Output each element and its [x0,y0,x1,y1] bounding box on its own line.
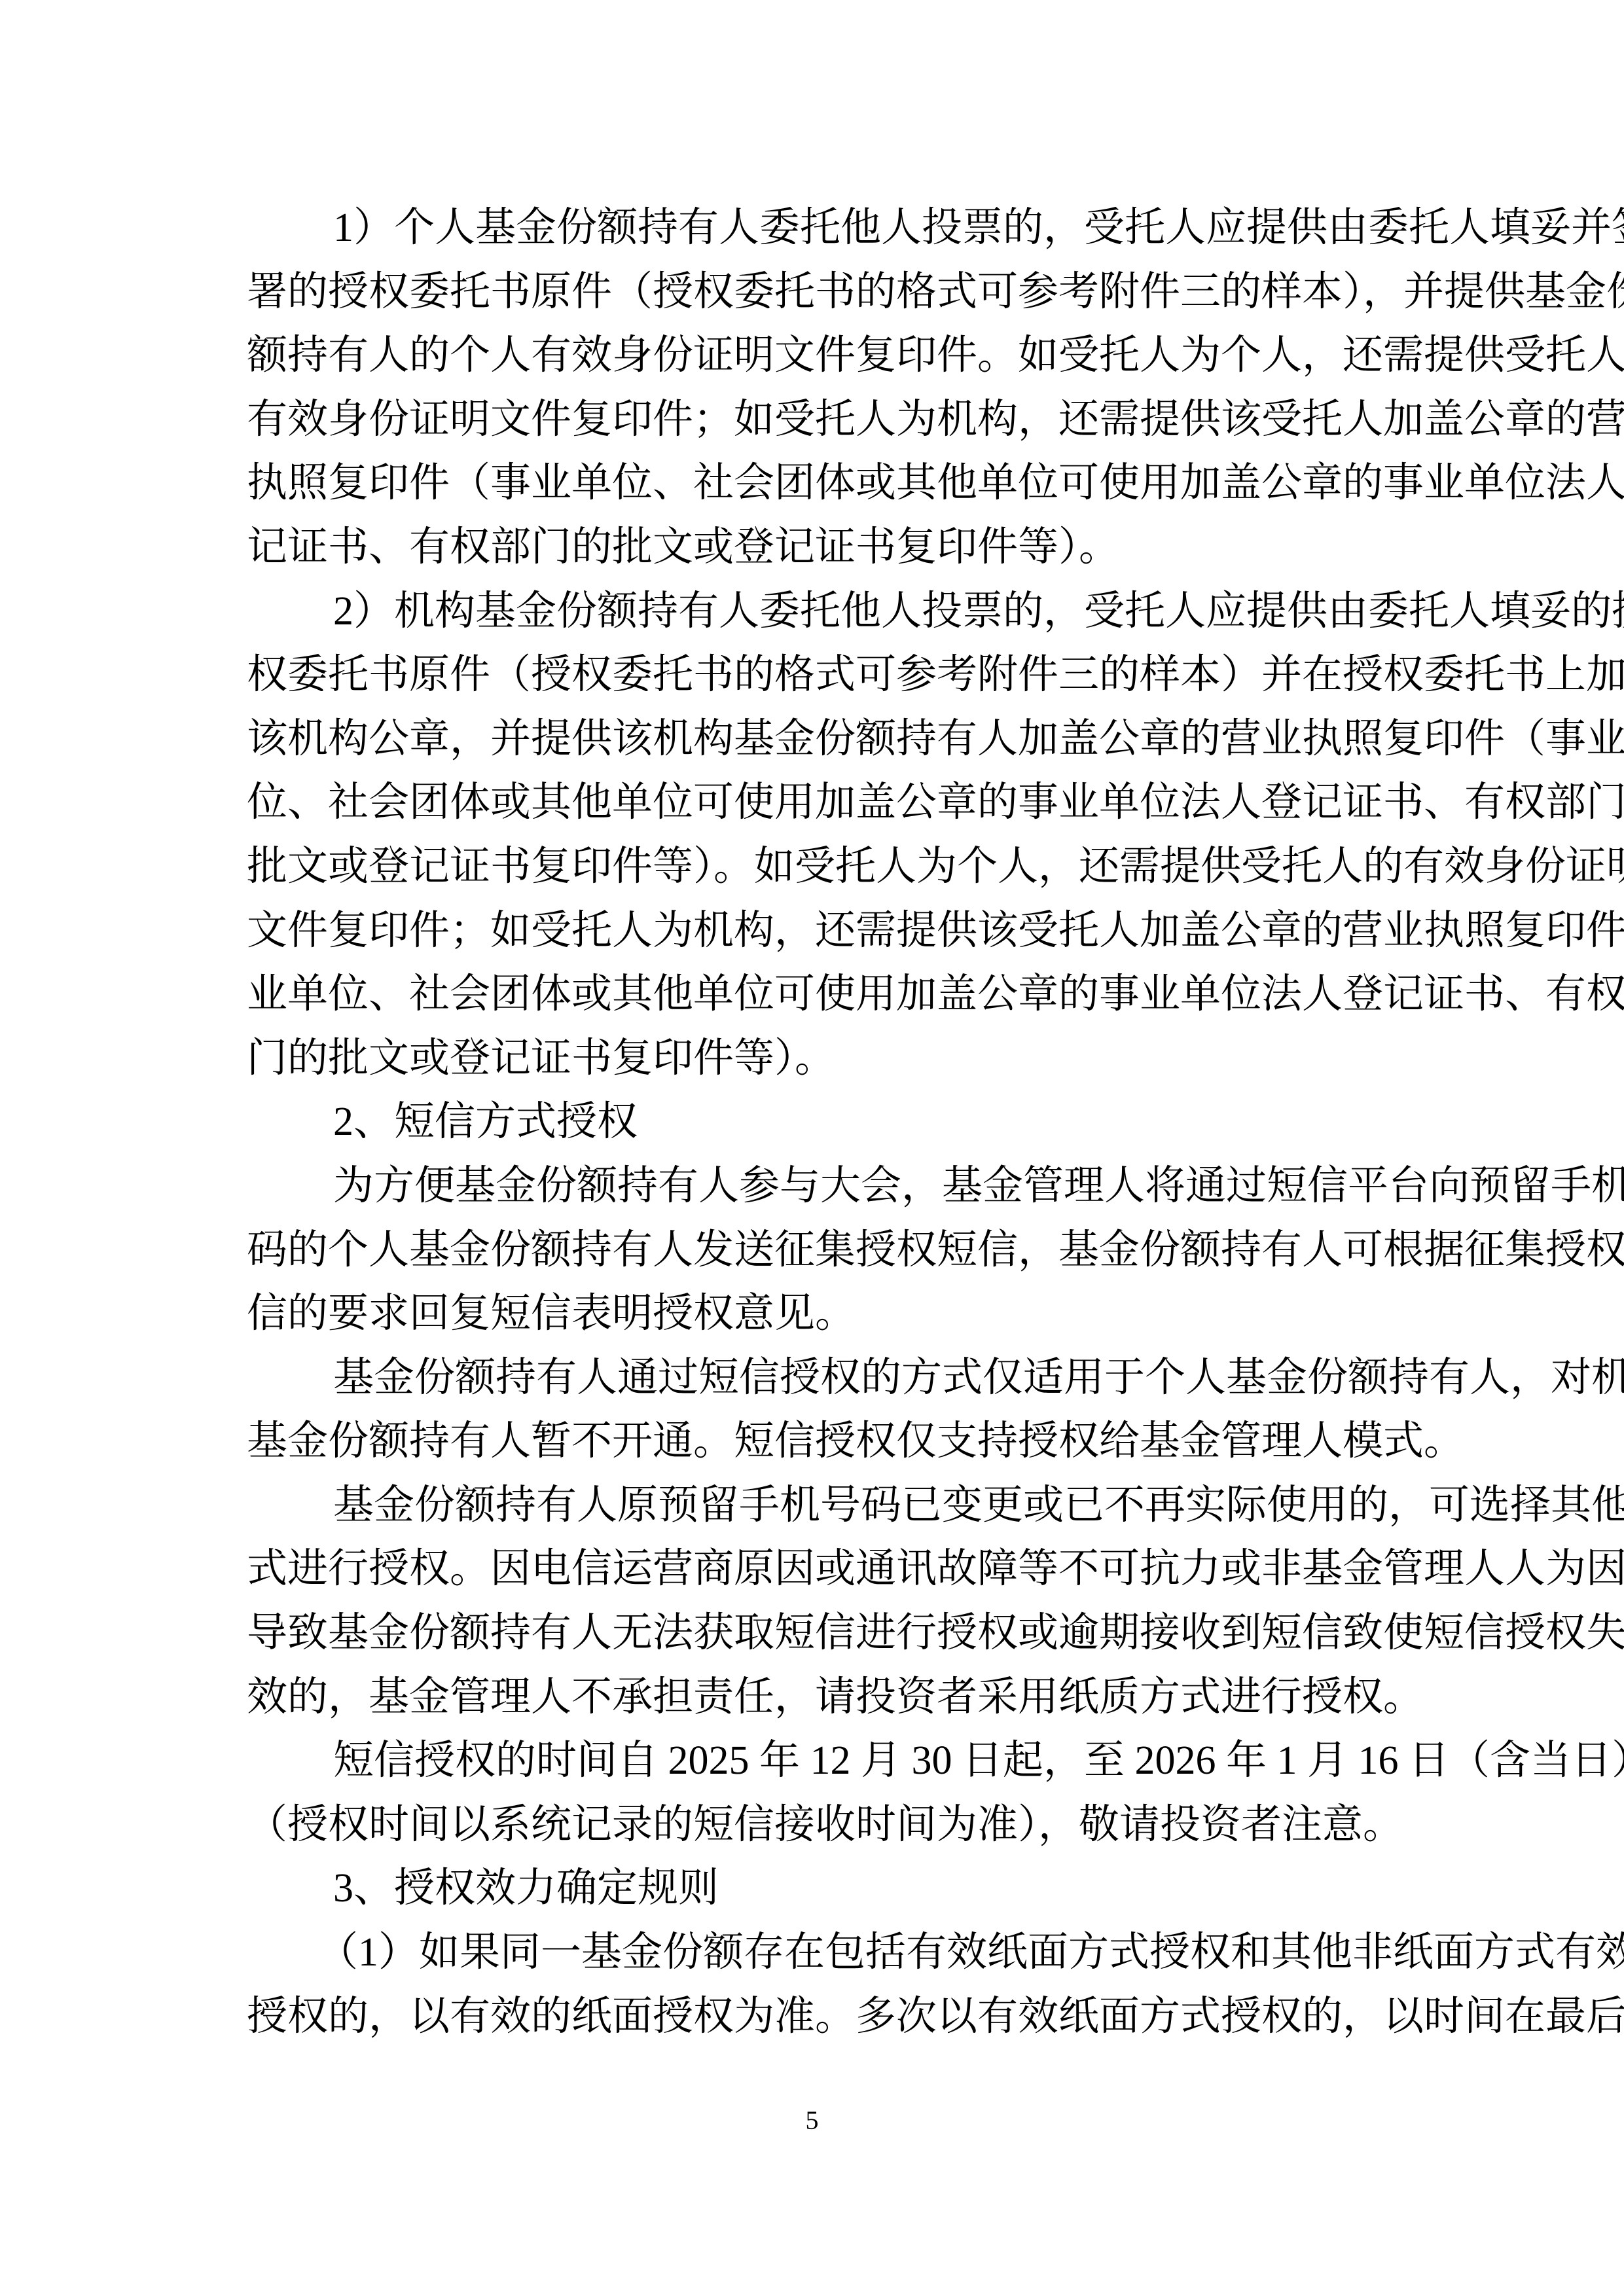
text-line: 为方便基金份额持有人参与大会，基金管理人将通过短信平台向预留手机号 [247,1155,1374,1219]
text-line: 导致基金份额持有人无法获取短信进行授权或逾期接收到短信致使短信授权失 [247,1602,1374,1666]
text-line: 1）个人基金份额持有人委托他人投票的，受托人应提供由委托人填妥并签 [247,196,1374,260]
text-line: 2、短信方式授权 [247,1090,1374,1155]
text-line: 2）机构基金份额持有人委托他人投票的，受托人应提供由委托人填妥的授 [247,580,1374,644]
text-line: 业单位、社会团体或其他单位可使用加盖公章的事业单位法人登记证书、有权部 [247,963,1374,1027]
text-line: 批文或登记证书复印件等）。如受托人为个人，还需提供受托人的有效身份证明 [247,835,1374,899]
text-line: 短信授权的时间自 2025 年 12 月 30 日起，至 2026 年 1 月 … [247,1729,1374,1793]
text-line: 文件复印件；如受托人为机构，还需提供该受托人加盖公章的营业执照复印件（事 [247,899,1374,963]
text-line: 有效身份证明文件复印件；如受托人为机构，还需提供该受托人加盖公章的营业 [247,388,1374,452]
text-line: 信的要求回复短信表明授权意见。 [247,1282,1374,1346]
text-line: （授权时间以系统记录的短信接收时间为准），敬请投资者注意。 [247,1793,1374,1857]
text-line: （1）如果同一基金份额存在包括有效纸面方式授权和其他非纸面方式有效 [247,1921,1374,1985]
page-number: 5 [0,2102,1624,2139]
text-line: 码的个人基金份额持有人发送征集授权短信，基金份额持有人可根据征集授权短 [247,1219,1374,1283]
text-line: 额持有人的个人有效身份证明文件复印件。如受托人为个人，还需提供受托人的 [247,324,1374,388]
text-line: 基金份额持有人通过短信授权的方式仅适用于个人基金份额持有人，对机构 [247,1346,1374,1410]
text-line: 权委托书原件（授权委托书的格式可参考附件三的样本）并在授权委托书上加盖 [247,643,1374,708]
document-body: 1）个人基金份额持有人委托他人投票的，受托人应提供由委托人填妥并签署的授权委托书… [247,196,1374,2049]
text-line: 执照复印件（事业单位、社会团体或其他单位可使用加盖公章的事业单位法人登 [247,452,1374,516]
text-line: 授权的，以有效的纸面授权为准。多次以有效纸面方式授权的，以时间在最后的 [247,1985,1374,2049]
text-line: 该机构公章，并提供该机构基金份额持有人加盖公章的营业执照复印件（事业单 [247,708,1374,772]
text-line: 署的授权委托书原件（授权委托书的格式可参考附件三的样本），并提供基金份 [247,260,1374,325]
document-page: 1）个人基金份额持有人委托他人投票的，受托人应提供由委托人填妥并签署的授权委托书… [0,0,1624,2296]
text-line: 3、授权效力确定规则 [247,1857,1374,1921]
text-line: 门的批文或登记证书复印件等）。 [247,1027,1374,1091]
text-line: 式进行授权。因电信运营商原因或通讯故障等不可抗力或非基金管理人人为因素， [247,1537,1374,1602]
text-line: 位、社会团体或其他单位可使用加盖公章的事业单位法人登记证书、有权部门的 [247,771,1374,835]
text-line: 效的，基金管理人不承担责任，请投资者采用纸质方式进行授权。 [247,1666,1374,1730]
text-line: 基金份额持有人原预留手机号码已变更或已不再实际使用的，可选择其他方 [247,1474,1374,1538]
text-line: 基金份额持有人暂不开通。短信授权仅支持授权给基金管理人模式。 [247,1410,1374,1474]
text-line: 记证书、有权部门的批文或登记证书复印件等）。 [247,516,1374,580]
